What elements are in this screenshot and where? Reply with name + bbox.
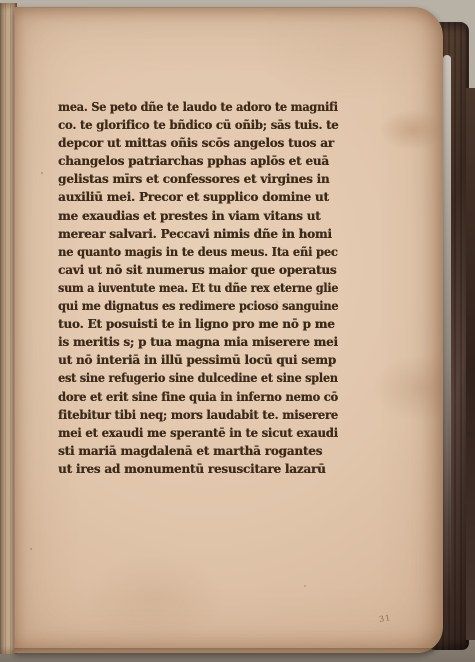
text-line: mei et exaudi me sperantē in te sicut ex…	[58, 424, 328, 442]
text-line: changelos patriarchas pphas aplōs et euā	[58, 152, 338, 170]
text-line: auxiliū mei. Precor et supplico domine u…	[58, 188, 338, 206]
text-line: co. te glorifico te bñdico cū oñib; sās …	[58, 116, 328, 134]
manuscript-photo: mea. Se peto dñe te laudo te adoro te ma…	[0, 0, 475, 662]
text-block: mea. Se peto dñe te laudo te adoro te ma…	[58, 98, 338, 478]
text-line: ut nō interiā in illū pessimū locū qui s…	[58, 351, 338, 369]
text-line: depcor ut mittas oñis scōs angelos tuos …	[58, 134, 338, 152]
stacked-leaf-edges	[443, 55, 451, 600]
text-line: gelistas mīrs et confessores et virgines…	[58, 170, 338, 188]
manuscript-page: mea. Se peto dñe te laudo te adoro te ma…	[14, 7, 443, 653]
text-line: ut ires ad monumentū resuscitare lazarū	[58, 460, 338, 478]
text-line: me exaudias et prestes in viam vitans ut	[58, 207, 338, 225]
text-line: sum a iuventute mea. Et tu dñe rex etern…	[58, 279, 316, 297]
text-line: qui me dignatus es redimere pcioso sangu…	[58, 297, 322, 315]
text-line: cavi ut nō sit numerus maior que operatu…	[58, 261, 338, 279]
text-line: ne quanto magis in te deus meus. Ita eñi…	[58, 243, 325, 261]
folio-number: 31	[378, 613, 392, 624]
text-line: is meritis s; p tua magna mia miserere m…	[58, 333, 337, 351]
text-line: sti mariā magdalenā et marthā rogantes	[58, 442, 338, 460]
text-line: fitebitur tibi neq; mors laudabit te. mi…	[58, 406, 327, 424]
text-line: dore et erit sine fine quia in inferno n…	[58, 388, 325, 406]
text-line: est sine refugerio sine dulcedine et sin…	[58, 369, 318, 387]
text-line: merear salvari. Peccavi nimis dñe in hom…	[58, 225, 338, 243]
text-line: tuo. Et posuisti te in ligno pro me nō p…	[58, 315, 338, 333]
book-cover-outer-edge	[466, 88, 475, 640]
text-line: mea. Se peto dñe te laudo te adoro te ma…	[58, 98, 320, 116]
